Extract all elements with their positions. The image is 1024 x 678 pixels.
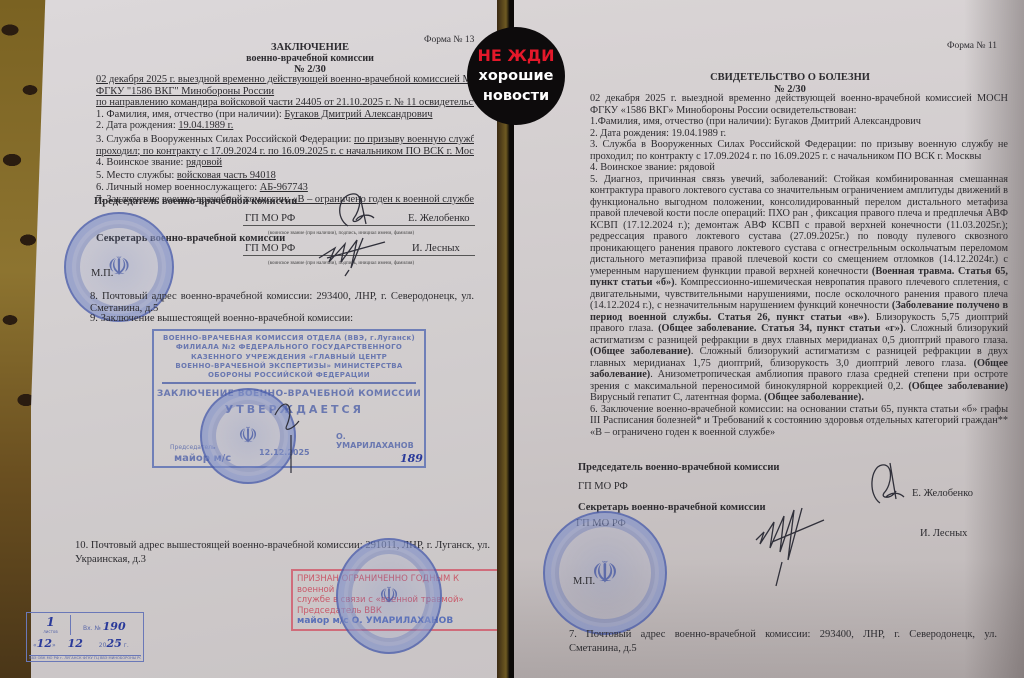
postal-address-item10: 10. Почтовый адрес вышестоящей военно-вр… [75, 540, 490, 552]
approval-signature [265, 385, 315, 475]
certificate-body: 02 декабря 2025 г. выездной временно дей… [590, 93, 1008, 438]
intro-paragraph: 02 декабря 2025 г. выездной временно дей… [590, 93, 1008, 116]
field-row: 3. Служба в Вооруженных Силах Российской… [96, 134, 474, 146]
reg-day: 12 [37, 637, 52, 650]
incoming-number: 190 [103, 620, 126, 633]
registration-stamp: 1 листов Вх. № 190 «12» 12 2025 г. ВВЭ О… [26, 612, 144, 662]
official-seal-right: ☫ [543, 511, 667, 635]
form-number-right: Форма № 11 [947, 40, 997, 52]
secretary-name-left: И. Лесных [412, 243, 460, 255]
postal-address-item7-cont: Сметанина, д.5 [569, 643, 637, 655]
chairman-rank-left: ГП МО РФ [245, 213, 295, 225]
intro-line: ФГКУ "1586 ВКГ" Минобороны России [96, 86, 474, 98]
diagnosis-text: Вирусный гепатит С, латентная форма. [590, 392, 764, 403]
sheet-count: 1 [46, 615, 54, 629]
secretary-name-right: И. Лесных [920, 528, 967, 540]
postal-address-item7: 7. Почтовый адрес военно-врачебной комис… [569, 629, 997, 641]
approval-signer: О. УМАРИЛАХАНОВ [336, 432, 424, 450]
diagnosis-text: 5. Диагноз, причинная связь увечий, забо… [590, 174, 1008, 277]
form-number-left: Форма № 13 [424, 34, 474, 46]
field-row: проходил; по контракту с 17.09.2024 г. п… [96, 146, 474, 158]
chairman-label-left: Председатель военно-врачебной комиссии [94, 196, 297, 208]
postal-address-item8: 8. Почтовый адрес военно-врачебной комис… [90, 291, 474, 303]
badge-line2: хорошие [478, 66, 553, 86]
diagnosis-paragraph: 5. Диагноз, причинная связь увечий, забо… [590, 174, 1008, 404]
secretary-signature-left [315, 228, 395, 278]
diagnosis-classification: (Общее заболевание. Статья 34, пункт ста… [658, 323, 903, 334]
chairman-name-left: Е. Желобенко [408, 213, 470, 225]
badge-line3: новости [483, 86, 549, 106]
incoming-label: Вх. № [83, 625, 101, 632]
chairman-label-right: Председатель военно-врачебной комиссии [578, 462, 779, 474]
badge-line1: НЕ ЖДИ [477, 46, 554, 66]
intro-line: 02 декабря 2025 г. выездной временно дей… [96, 74, 474, 86]
news-logo-badge: НЕ ЖДИ хорошие новости [467, 27, 565, 125]
reg-footer: ВВЭ ОВК МО РФ г. ЛУГАНСК ФГКУ ГЦ ВВЭ МИН… [29, 655, 141, 660]
seal-label-left: М.П. [91, 268, 113, 280]
field-service: 3. Служба в Вооруженных Силах Российской… [590, 139, 1008, 162]
double-headed-eagle-icon: ☫ [238, 424, 258, 449]
field-row: 6. Личный номер военнослужащего: АБ-9677… [96, 182, 474, 194]
diagnosis-classification: (Общее заболевание) [908, 381, 1008, 392]
double-headed-eagle-icon: ☫ [592, 556, 619, 591]
chairman-signature-right [866, 455, 906, 510]
intro-line: по направлению командира войсковой части… [96, 97, 474, 109]
postal-address-item10-cont: Украинская, д.3 [75, 554, 146, 566]
diagnosis-classification: (Общее заболевание). [764, 392, 864, 403]
secretary-signature-right [752, 500, 832, 590]
approval-reg-number: 189 [400, 452, 423, 465]
conclusion-body: 02 декабря 2025 г. выездной временно дей… [96, 74, 474, 206]
field-row: 1. Фамилия, имя, отчество (при наличии):… [96, 109, 474, 121]
commission-conclusion: 6. Заключение военно-врачебной комиссии:… [590, 404, 1008, 439]
seal-label-right: М.П. [573, 576, 595, 588]
chairman-signature-left [330, 188, 380, 233]
field-rank: 4. Воинское звание: рядовой [590, 162, 1008, 174]
field-row: 5. Место службы: войсковая часть 94018 [96, 170, 474, 182]
item9-label: 9. Заключение вышестоящей военно-врачебн… [90, 313, 353, 325]
certificate-title: СВИДЕТЕЛЬСТВО О БОЛЕЗНИ [640, 72, 940, 84]
field-fullname: 1.Фамилия, имя, отчество (при наличии): … [590, 116, 1008, 128]
field-birthdate: 2. Дата рождения: 19.04.1989 г. [590, 128, 1008, 140]
reg-month: 12 [68, 637, 83, 650]
field-row: 4. Воинское звание: рядовой [96, 157, 474, 169]
chairman-rank-right: ГП МО РФ [578, 481, 628, 493]
diagnosis-classification: (Общее заболевание) [590, 346, 691, 357]
chairman-name-right: Е. Желобенко [912, 488, 973, 500]
reg-year: 25 [106, 637, 121, 650]
ministry-seal-recognition: ☫ [336, 538, 442, 654]
secretary-rank-left: ГП МО РФ [245, 243, 295, 255]
double-headed-eagle-icon: ☫ [379, 584, 399, 609]
field-row: 2. Дата рождения: 19.04.1989 г. [96, 120, 474, 132]
